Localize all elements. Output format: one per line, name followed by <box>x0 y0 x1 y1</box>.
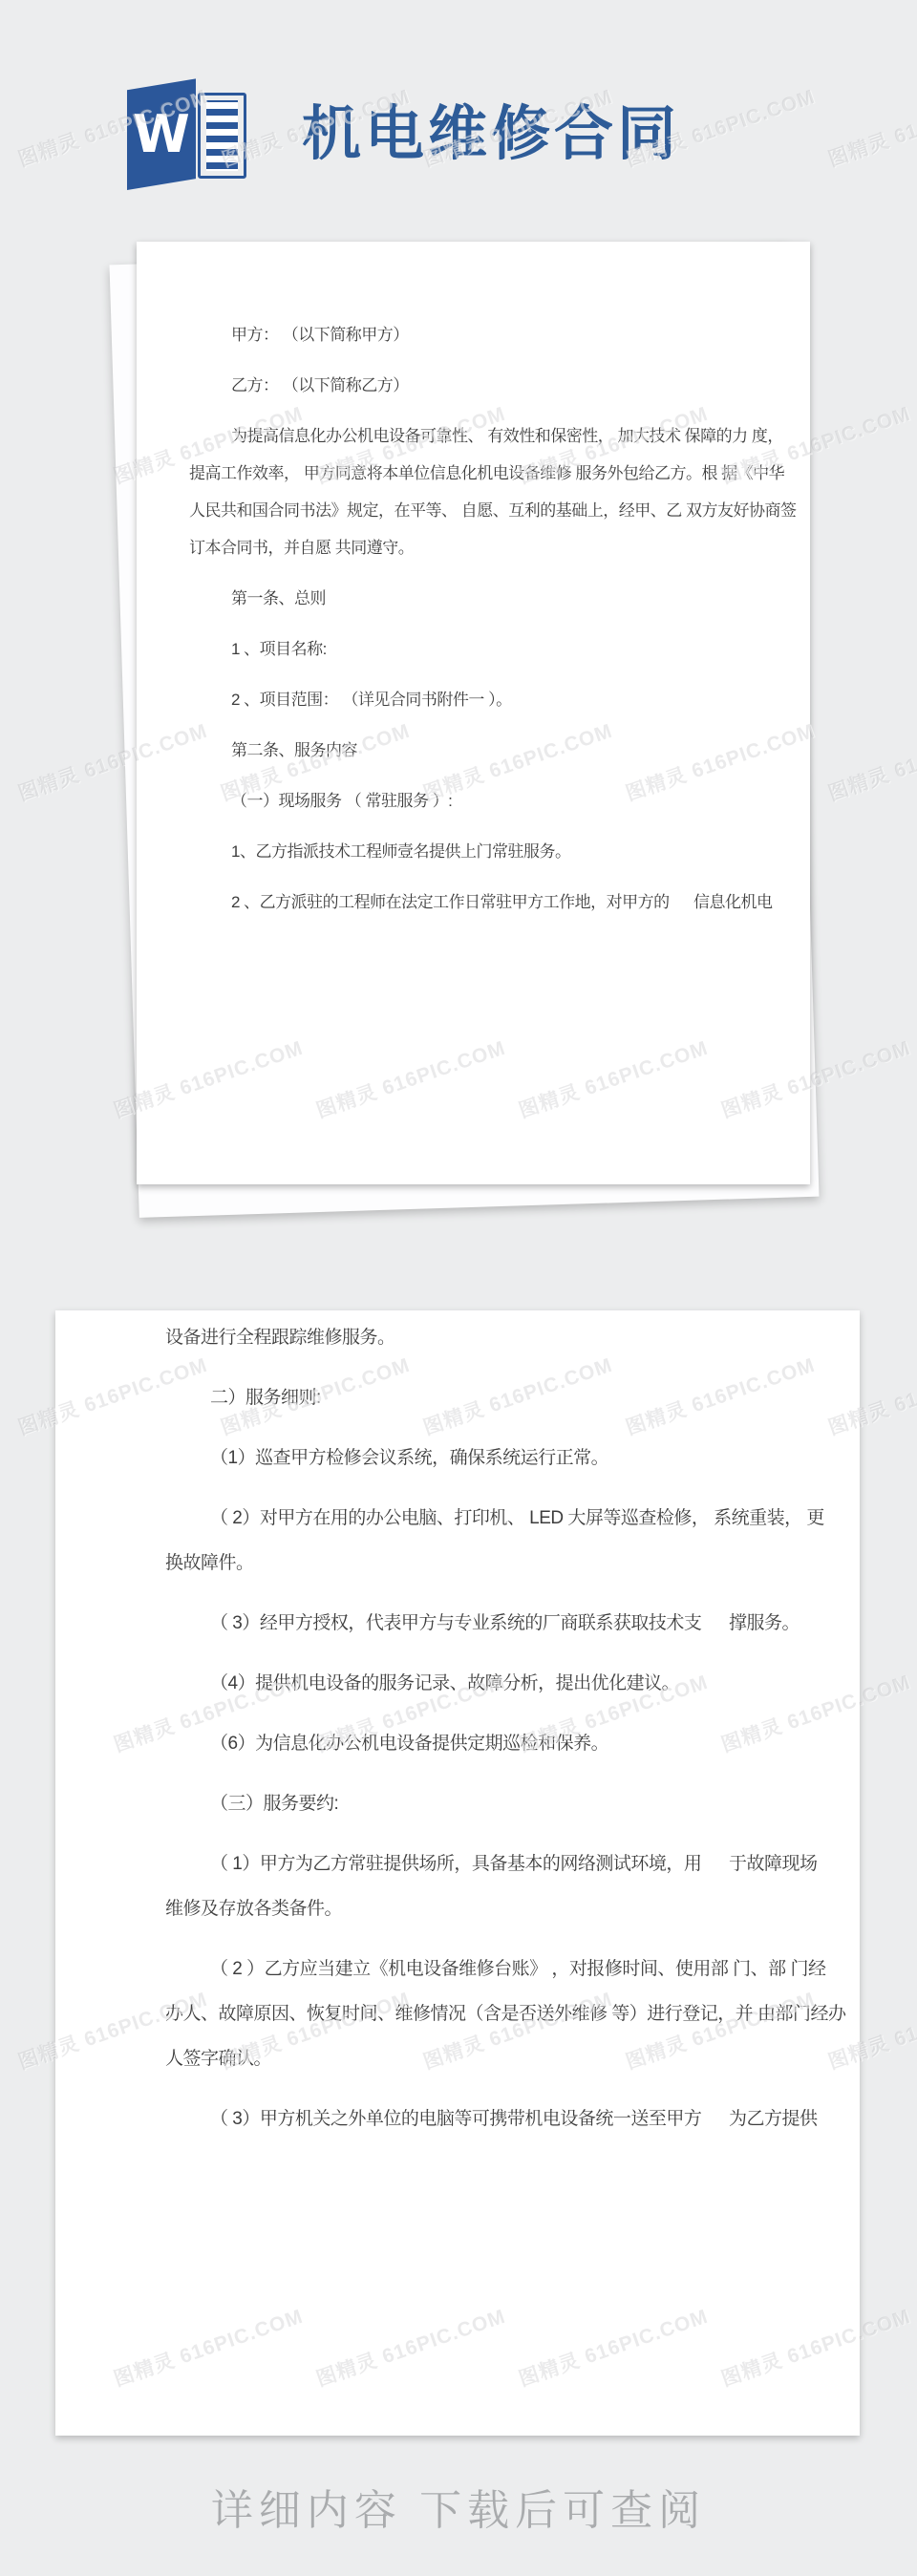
document-line: （4）提供机电设备的服务记录、故障分析，提出优化建议。 <box>165 1661 778 1706</box>
page-title: 机电维修合同 <box>302 86 680 171</box>
document-line: 设备进行全程跟踪维修服务。 <box>165 1315 778 1360</box>
document-line: 甲方： （以下简称甲方） <box>189 316 762 353</box>
document-line: （ 2）对甲方在用的办公电脑、打印机、 LED 大屏等巡查检修， 系统重装， 更 <box>165 1496 778 1541</box>
word-icon: W <box>127 76 249 192</box>
document-line: 为提高信息化办公机电设备可靠性、 有效性和保密性， 加大技术 保障的力 度， <box>189 417 762 455</box>
document-line: 提高工作效率， 甲方同意将本单位信息化机电设备维修 服务外包给乙方。根 据《中华 <box>189 455 762 492</box>
document-line: 人签字确认。 <box>165 2036 778 2081</box>
footer-hint: 详细内容 下载后可查阅 <box>0 2476 917 2537</box>
document-line: （1）巡查甲方检修会议系统，确保系统运行正常。 <box>165 1436 778 1480</box>
document-line: 2 、乙方派驻的工程师在法定工作日常驻甲方工作地，对甲方的 信息化机电 <box>189 884 762 921</box>
document-line: （三）服务要约: <box>165 1781 778 1826</box>
document-page-2: 设备进行全程跟踪维修服务。二）服务细则:（1）巡查甲方检修会议系统，确保系统运行… <box>55 1310 860 2436</box>
word-icon-document-sheet <box>198 93 246 179</box>
watermark-text: 图精灵 616PIC.COM <box>824 81 917 173</box>
document-line: （6）为信息化办公机电设备提供定期巡检和保养。 <box>165 1721 778 1766</box>
document-line: 1 、项目名称: <box>189 630 762 668</box>
document-line: 1、乙方指派技术工程师壹名提供上门常驻服务。 <box>189 833 762 870</box>
document-line: 换故障件。 <box>165 1541 778 1586</box>
document-line: （ 3）经甲方授权，代表甲方与专业系统的厂商联系获取技术支 撑服务。 <box>165 1601 778 1646</box>
document-line: 人民共和国合同书法》规定，在平等、 自愿、互利的基础上，经甲、乙 双方友好协商签 <box>189 492 762 529</box>
document-line: 维修及存放各类备件。 <box>165 1886 778 1931</box>
watermark-text: 图精灵 616PIC.COM <box>824 715 917 807</box>
document-line: 乙方： （以下简称乙方） <box>189 367 762 404</box>
word-icon-panel: W <box>127 76 196 190</box>
document-line: 订本合同书，并自愿 共同遵守。 <box>189 529 762 566</box>
document-line: （ 1）甲方为乙方常驻提供场所，具备基本的网络测试环境，用 于故障现场 <box>165 1842 778 1886</box>
document-line: 2 、项目范围： （详见合同书附件一 ）。 <box>189 681 762 718</box>
word-icon-letter: W <box>133 104 190 164</box>
document-line: （ 3）甲方机关之外单位的电脑等可携带机电设备统一送至甲方 为乙方提供 <box>165 2097 778 2141</box>
document-line: 第一条、总则 <box>189 580 762 617</box>
document-line: 办人、故障原因、恢复时间、维修情况（含是否送外维修 等）进行登记，并 由部门经办 <box>165 1991 778 2036</box>
document-page-1: 甲方： （以下简称甲方）乙方： （以下简称乙方）为提高信息化办公机电设备可靠性、… <box>137 242 810 1184</box>
document-preview-page: W 机电维修合同 甲方： （以下简称甲方）乙方： （以下简称乙方）为提高信息化办… <box>0 0 917 2576</box>
document-line: （ 2 ）乙方应当建立《机电设备维修台账》 ，对报修时间、使用部 门、部 门经 <box>165 1947 778 1991</box>
document-line: 二）服务细则: <box>165 1375 778 1420</box>
document-line: 第二条、服务内容 <box>189 732 762 769</box>
document-line: （一）现场服务 （ 常驻服务 ）: <box>189 782 762 820</box>
